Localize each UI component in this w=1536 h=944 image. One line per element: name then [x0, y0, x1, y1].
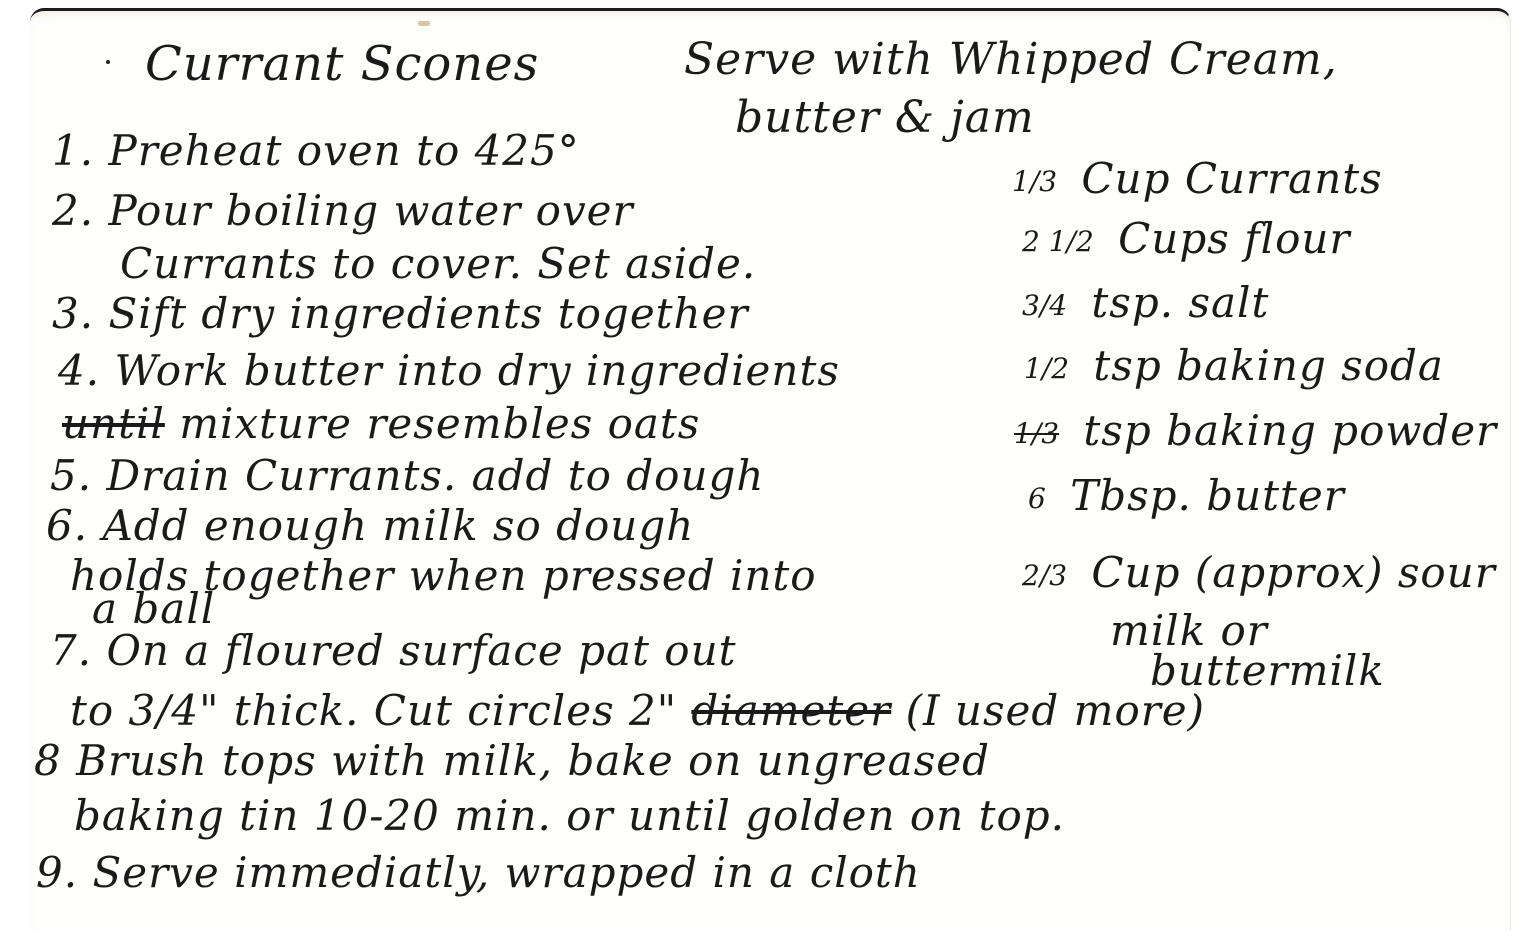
- step-4-continued: until mixture resembles oats: [62, 403, 700, 445]
- ingredient-baking-powder: 1/3 tsp baking powder: [1014, 410, 1497, 452]
- ingredient-sour-milk: 2/3 Cup (approx) sour: [1022, 552, 1496, 594]
- step-6-continued-2: a ball: [92, 588, 215, 630]
- step-2: 2. Pour boiling water over: [52, 190, 634, 232]
- recipe-title: Currant Scones: [145, 40, 539, 88]
- step-8: 8 Brush tops with milk, bake on ungrease…: [34, 740, 990, 782]
- step-text: Preheat oven to 425°: [108, 126, 579, 175]
- step-text: to 3/4" thick. Cut circles 2": [70, 686, 677, 735]
- ingredient-item: Cups flour: [1118, 214, 1350, 263]
- ingredient-butter: 6 Tbsp. butter: [1028, 475, 1345, 517]
- step-1: 1. Preheat oven to 425°: [52, 130, 580, 172]
- ingredient-qty: 2 1/2: [1022, 228, 1094, 256]
- ingredient-currants: 1/3 Cup Currants: [1012, 158, 1383, 200]
- step-number: 7.: [50, 626, 92, 675]
- step-text: Work butter into dry ingredients: [114, 346, 839, 395]
- step-text: Drain Currants. add to dough: [106, 451, 764, 500]
- serving-note-line-2: butter & jam: [735, 96, 1035, 140]
- step-number: 3.: [52, 289, 94, 338]
- step-text: Brush tops with milk, bake on ungreased: [76, 736, 990, 785]
- ingredient-qty: 1/2: [1024, 355, 1069, 383]
- step-7: 7. On a floured surface pat out: [50, 630, 737, 672]
- paper-stain: [418, 21, 430, 26]
- ingredient-buttermilk: buttermilk: [1150, 650, 1385, 692]
- step-3: 3. Sift dry ingredients together: [52, 293, 749, 335]
- ingredient-item: tsp baking powder: [1083, 406, 1497, 455]
- ingredient-item: tsp baking soda: [1093, 341, 1444, 390]
- step-number: 9.: [36, 848, 78, 897]
- step-6: 6. Add enough milk so dough: [46, 505, 694, 547]
- struck-word: diameter: [691, 686, 891, 735]
- step-9: 9. Serve immediatly, wrapped in a cloth: [36, 852, 921, 894]
- ingredient-qty: 1/3: [1014, 420, 1059, 448]
- step-number: 1.: [52, 126, 94, 175]
- ingredient-flour: 2 1/2 Cups flour: [1022, 218, 1351, 260]
- ink-dot: [106, 60, 110, 64]
- step-text: Add enough milk so dough: [102, 501, 694, 550]
- struck-word: until: [62, 399, 165, 448]
- step-text: On a floured surface pat out: [106, 626, 736, 675]
- ingredient-qty: 2/3: [1022, 562, 1067, 590]
- step-text: mixture resembles oats: [179, 399, 700, 448]
- ingredient-baking-soda: 1/2 tsp baking soda: [1024, 345, 1444, 387]
- step-number: 5.: [50, 451, 92, 500]
- ingredient-item: Cup Currants: [1081, 154, 1382, 203]
- scanned-page: Currant Scones Serve with Whipped Cream,…: [0, 0, 1536, 944]
- step-7-continued: to 3/4" thick. Cut circles 2" diameter (…: [70, 690, 1205, 732]
- step-number: 6.: [46, 501, 88, 550]
- serving-note-line-1: Serve with Whipped Cream,: [684, 38, 1338, 82]
- ingredient-item: Cup (approx) sour: [1091, 548, 1495, 597]
- ingredient-qty: 6: [1028, 485, 1046, 513]
- step-number: 4.: [58, 346, 100, 395]
- step-2-continued: Currants to cover. Set aside.: [120, 243, 756, 285]
- ingredient-qty: 1/3: [1012, 168, 1057, 196]
- step-number: 8: [34, 736, 62, 785]
- step-text: Sift dry ingredients together: [108, 289, 748, 338]
- step-5: 5. Drain Currants. add to dough: [50, 455, 764, 497]
- ingredient-qty: 3/4: [1022, 292, 1067, 320]
- ingredient-item: Tbsp. butter: [1070, 471, 1345, 520]
- step-number: 2.: [52, 186, 94, 235]
- ingredient-salt: 3/4 tsp. salt: [1022, 282, 1269, 324]
- ingredient-item: tsp. salt: [1091, 278, 1269, 327]
- step-4: 4. Work butter into dry ingredients: [58, 350, 840, 392]
- step-8-continued: baking tin 10-20 min. or until golden on…: [74, 795, 1065, 837]
- step-text: Pour boiling water over: [108, 186, 633, 235]
- step-text: Serve immediatly, wrapped in a cloth: [92, 848, 920, 897]
